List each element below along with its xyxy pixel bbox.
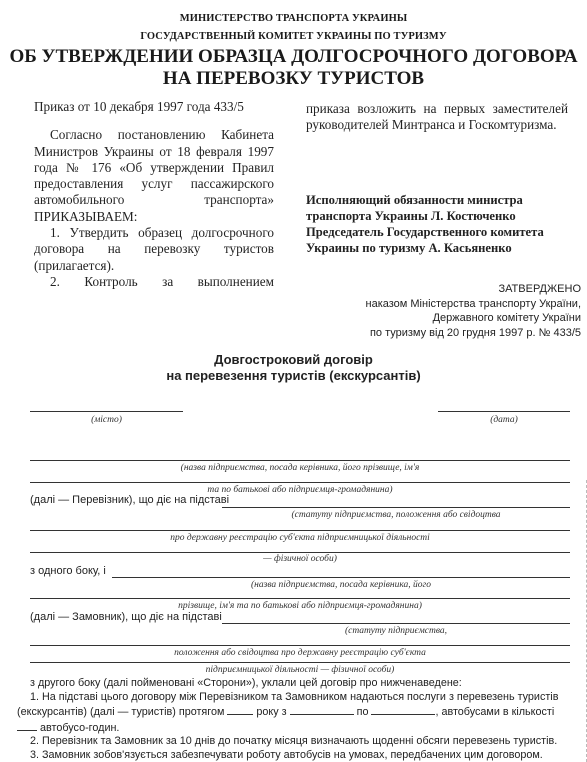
contract-body: з другого боку (далі пойменовані «Сторон… [17, 677, 573, 762]
signature-line: Председатель Государственного комитета [306, 224, 576, 240]
carrier-basis-label: (далі — Перевізник), що діє на підставі [30, 494, 229, 506]
bus-hours-field[interactable] [17, 720, 37, 731]
signatures-block: Исполняющий обязанности министра транспо… [306, 192, 576, 256]
order-item-2-continued: приказа возложить на первых заместителей… [306, 101, 568, 134]
carrier-name-field-line-2[interactable] [30, 482, 570, 483]
contract-clause-3: 3. Замовник зобов'язується забезпечувати… [17, 749, 573, 762]
start-date-field[interactable] [290, 704, 354, 715]
contract-intro: з другого боку (далі пойменовані «Сторон… [17, 677, 573, 691]
one-side-label: з одного боку, і [30, 565, 106, 577]
order-item-1: 1. Утвердить образец долгосрочного догов… [34, 225, 274, 274]
approval-line: наказом Міністерства транспорту України, [366, 297, 582, 312]
carrier-basis-hint-2: про державну реєстрацію суб'єкта підприє… [30, 533, 570, 543]
year-field[interactable] [227, 704, 253, 715]
customer-basis-hint-2: положення або свідоцтва про державну реє… [30, 648, 570, 658]
ministry-name: МИНИСТЕРСТВО ТРАНСПОРТА УКРАИНЫ [0, 13, 587, 24]
order-preamble: Согласно постановлению Кабинета Министро… [34, 127, 274, 207]
contract-title-line2: на перевезення туристів (екскурсантів) [0, 368, 587, 384]
carrier-basis-field-line-2[interactable] [30, 530, 570, 531]
carrier-basis-hint: (статуту підприємства, положення або сві… [222, 510, 570, 520]
date-field-line[interactable] [438, 411, 570, 412]
approval-line: по туризму від 20 грудня 1997 р. № 433/5 [366, 326, 582, 341]
approval-block: ЗАТВЕРДЖЕНО наказом Міністерства транспо… [366, 282, 582, 340]
order-command: ПРИКАЗЫВАЕМ: [34, 209, 137, 224]
end-date-field[interactable] [371, 704, 435, 715]
carrier-basis-field-line[interactable] [222, 507, 570, 508]
document-title-line2: НА ПЕРЕВОЗКУ ТУРИСТОВ [0, 68, 587, 90]
order-item-2-start: 2. Контроль за выполнением настоящего [34, 274, 274, 290]
customer-name-hint: (назва підприємства, посада керівника, й… [112, 580, 570, 590]
signature-line: Украины по туризму А. Касьяненко [306, 240, 576, 256]
signature-line: транспорта Украины Л. Костюченко [306, 208, 576, 224]
carrier-name-hint: (назва підприємства, посада керівника, й… [30, 463, 570, 473]
customer-name-hint-2: прізвище, ім'я та по батькові або підпри… [30, 601, 570, 611]
carrier-basis-hint-3: — фізичної особи) [30, 554, 570, 564]
order-right-column: приказа возложить на первых заместителей… [306, 101, 568, 134]
contract-clause-1: 1. На підставі цього договору між Переві… [17, 691, 573, 736]
customer-basis-field-line-3[interactable] [30, 662, 570, 663]
committee-name: ГОСУДАРСТВЕННЫЙ КОМИТЕТ УКРАИНЫ ПО ТУРИЗ… [0, 31, 587, 42]
approval-line: Державного комітету України [366, 311, 582, 326]
customer-basis-label: (далі — Замовник), що діє на підставі [30, 611, 222, 623]
document-title-line1: ОБ УТВЕРЖДЕНИИ ОБРАЗЦА ДОЛГОСРОЧНОГО ДОГ… [0, 46, 587, 68]
contract-title-line1: Довгостроковий договір [0, 352, 587, 368]
approval-word: ЗАТВЕРДЖЕНО [366, 282, 582, 297]
customer-basis-field-line-2[interactable] [30, 645, 570, 646]
customer-basis-field-line[interactable] [222, 623, 570, 624]
date-hint: (дата) [438, 415, 570, 425]
customer-basis-hint-3: підприємницької діяльності — фізичної ос… [30, 665, 570, 675]
customer-name-field-line[interactable] [112, 577, 570, 578]
customer-name-field-line-2[interactable] [30, 598, 570, 599]
customer-basis-hint: (статуту підприємства, [222, 626, 570, 636]
contract-clause-2: 2. Перевізник та Замовник за 10 днів до … [17, 735, 573, 749]
signature-line: Исполняющий обязанности министра [306, 192, 576, 208]
carrier-name-field-line[interactable] [30, 460, 570, 461]
city-hint: (місто) [30, 415, 183, 425]
city-field-line[interactable] [30, 411, 183, 412]
order-heading: Приказ от 10 декабря 1997 года 433/5 [34, 99, 274, 115]
order-left-column: Приказ от 10 декабря 1997 года 433/5 Сог… [34, 99, 274, 290]
carrier-basis-field-line-3[interactable] [30, 552, 570, 553]
